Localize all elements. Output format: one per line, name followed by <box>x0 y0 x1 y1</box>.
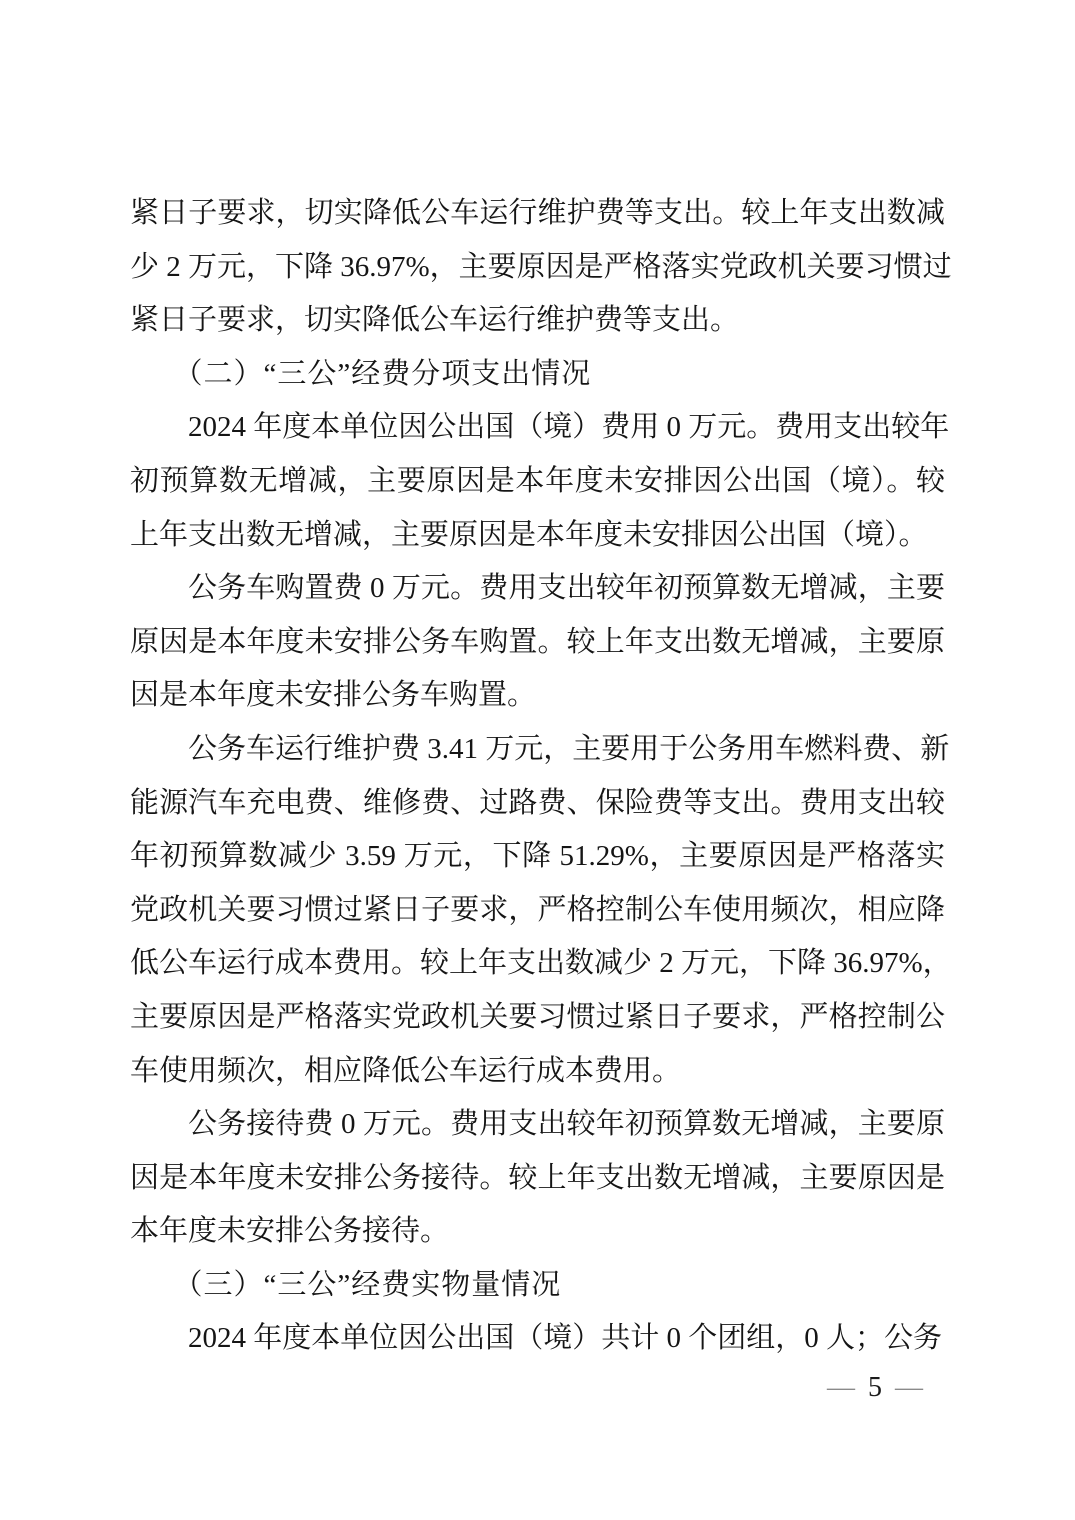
document-page: 紧日子要求，切实降低公车运行维护费等支出。较上年支出数减少 2 万元，下降 36… <box>0 0 1075 1520</box>
section-heading-line: （三）“三公”经费实物量情况 <box>130 1259 945 1313</box>
text-line: 2024 年度本单位因公出国（境）共计 0 个团组，0 人；公务 <box>130 1312 945 1366</box>
text-line: 公务车运行维护费 3.41 万元，主要用于公务用车燃料费、新 <box>130 723 945 777</box>
text-line: 主要原因是严格落实党政机关要习惯过紧日子要求，严格控制公 <box>130 991 945 1045</box>
section-heading-line: （二）“三公”经费分项支出情况 <box>130 348 945 402</box>
text-line: 原因是本年度未安排公务车购置。较上年支出数无增减，主要原 <box>130 616 945 670</box>
text-line: 公务接待费 0 万元。费用支出较年初预算数无增减，主要原 <box>130 1098 945 1152</box>
text-line: 车使用频次，相应降低公车运行成本费用。 <box>130 1045 945 1099</box>
page-number-value: 5 <box>868 1372 882 1403</box>
text-line: 上年支出数无增减，主要原因是本年度未安排因公出国（境）。 <box>130 509 945 563</box>
text-line: 党政机关要习惯过紧日子要求，严格控制公车使用频次，相应降 <box>130 884 945 938</box>
text-line: 年初预算数减少 3.59 万元，下降 51.29%，主要原因是严格落实 <box>130 830 945 884</box>
page-number-dash-right: — <box>895 1372 923 1403</box>
text-line: 低公车运行成本费用。较上年支出数减少 2 万元，下降 36.97%， <box>130 937 945 991</box>
text-line: 少 2 万元，下降 36.97%，主要原因是严格落实党政机关要习惯过 <box>130 241 945 295</box>
text-line: 本年度未安排公务接待。 <box>130 1205 945 1259</box>
text-line: 紧日子要求，切实降低公车运行维护费等支出。 <box>130 294 945 348</box>
page-number-dash-left: — <box>827 1372 855 1403</box>
text-line: 公务车购置费 0 万元。费用支出较年初预算数无增减，主要 <box>130 562 945 616</box>
text-line: 初预算数无增减，主要原因是本年度未安排因公出国（境）。较 <box>130 455 945 509</box>
text-line: 能源汽车充电费、维修费、过路费、保险费等支出。费用支出较 <box>130 777 945 831</box>
page-number: —5— <box>827 1368 923 1408</box>
text-line: 紧日子要求，切实降低公车运行维护费等支出。较上年支出数减 <box>130 187 945 241</box>
text-line: 2024 年度本单位因公出国（境）费用 0 万元。费用支出较年 <box>130 401 945 455</box>
text-line: 因是本年度未安排公务接待。较上年支出数无增减，主要原因是 <box>130 1152 945 1206</box>
text-line: 因是本年度未安排公务车购置。 <box>130 669 945 723</box>
document-text-block: 紧日子要求，切实降低公车运行维护费等支出。较上年支出数减少 2 万元，下降 36… <box>130 187 945 1366</box>
